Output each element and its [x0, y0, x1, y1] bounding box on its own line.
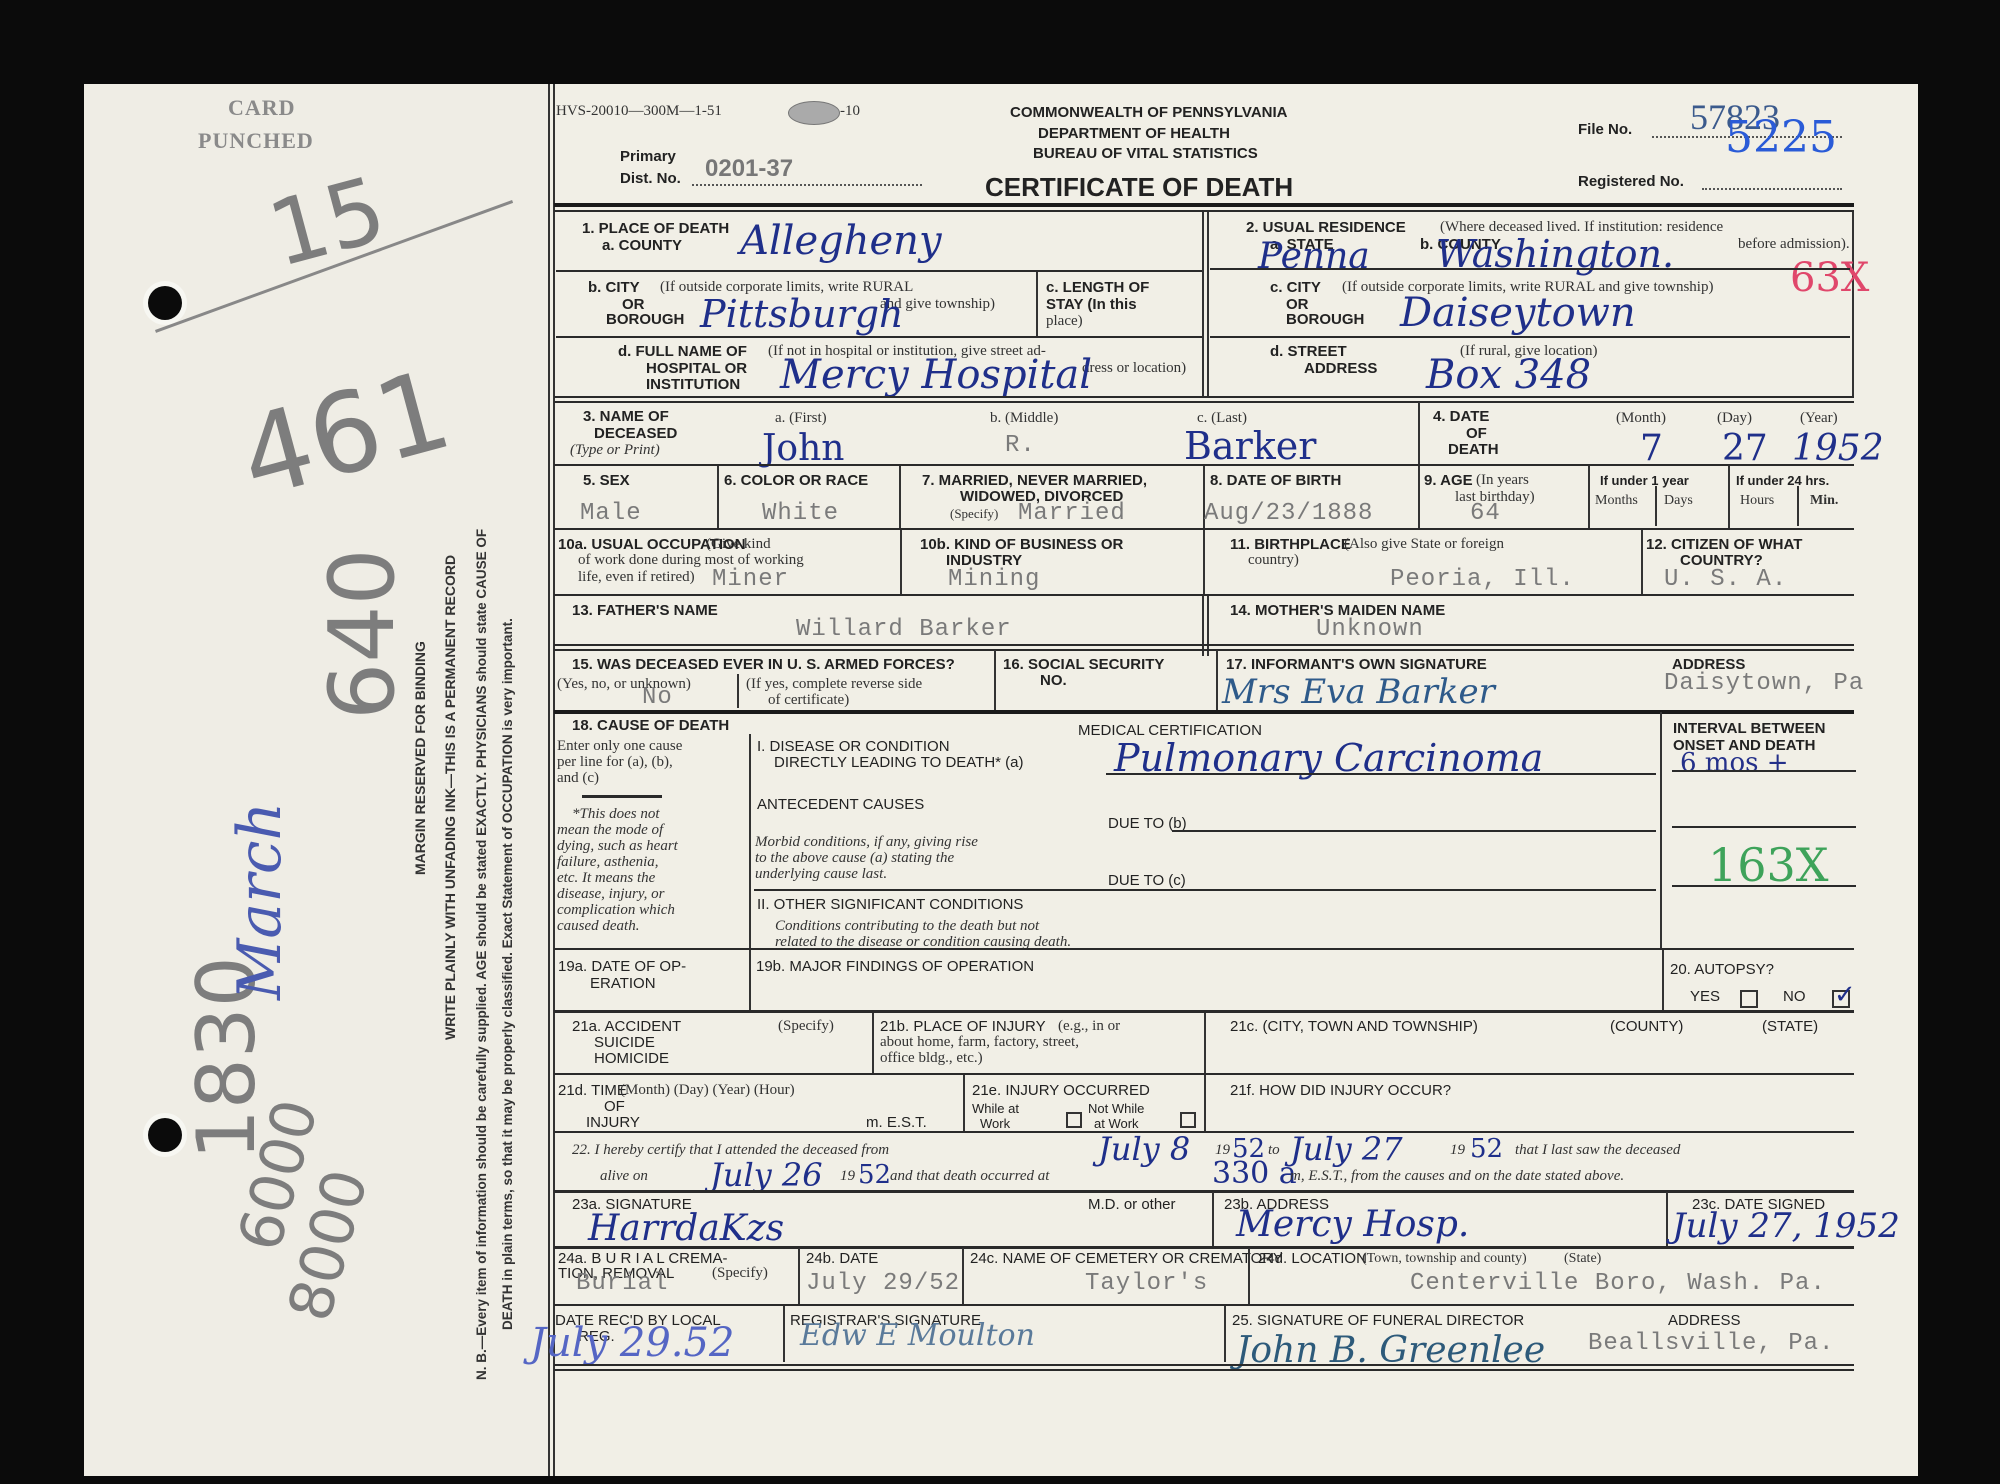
last-name-value[interactable]: Barker — [1184, 424, 1316, 468]
armed-forces-value[interactable]: No — [642, 684, 673, 711]
injury-not-at-work-checkbox[interactable] — [1180, 1112, 1196, 1128]
business-value[interactable]: Mining — [948, 566, 1040, 593]
mother-name-value[interactable]: Unknown — [1316, 616, 1424, 643]
last-seen-year[interactable]: 52 — [858, 1160, 891, 1190]
card-stamp-line1: CARD — [228, 95, 296, 121]
residence-state-value[interactable]: Penna — [1258, 236, 1370, 277]
attended-to-year[interactable]: 52 — [1470, 1134, 1503, 1164]
burial-location-value[interactable]: Centerville Boro, Wash. Pa. — [1410, 1270, 1826, 1297]
form-code: HVS-20010—300M—1-51 — [556, 103, 722, 120]
punch-hole-bottom — [148, 1118, 182, 1152]
file-no-label: File No. — [1578, 121, 1632, 138]
interval-a-value[interactable]: 6 mos + — [1680, 748, 1789, 778]
nb-notice-line2: DEATH in plain terms, so that it may be … — [500, 618, 515, 1330]
birth-date-value[interactable]: Aug/23/1888 — [1204, 500, 1373, 527]
injury-at-work-checkbox[interactable] — [1066, 1112, 1082, 1128]
funeral-director-address[interactable]: Beallsville, Pa. — [1588, 1330, 1834, 1357]
occupation-value[interactable]: Miner — [712, 566, 789, 593]
red-code: 63X — [1790, 255, 1869, 301]
nb-notice-line1: N. B.—Every item of information should b… — [474, 529, 489, 1380]
residence-street-value[interactable]: Box 348 — [1426, 352, 1591, 398]
last-seen-value[interactable]: July 26 — [710, 1156, 823, 1194]
form-border-left — [548, 84, 550, 1476]
death-city-value[interactable]: Pittsburgh — [700, 292, 904, 336]
residence-city-value[interactable]: Daiseytown — [1400, 290, 1636, 336]
physician-signature[interactable]: HarrdaKzs — [588, 1208, 784, 1249]
form-border-left-inner — [553, 84, 555, 1476]
blue-margin-note: March — [225, 802, 295, 1000]
death-time-value[interactable]: 330 a — [1212, 1156, 1297, 1191]
father-name-value[interactable]: Willard Barker — [796, 616, 1012, 643]
citizenship-value[interactable]: U. S. A. — [1664, 566, 1787, 593]
registered-no-label: Registered No. — [1578, 173, 1684, 190]
file-no-handwritten: 5225 — [1725, 112, 1837, 163]
header-line2: DEPARTMENT OF HEALTH — [1038, 125, 1230, 142]
autopsy-no-checkmark-icon: ✓ — [1834, 980, 1856, 1010]
race-value[interactable]: White — [762, 500, 839, 527]
header-line1: COMMONWEALTH OF PENNSYLVANIA — [1010, 104, 1288, 121]
registered-no-field[interactable] — [1702, 188, 1842, 190]
informant-address-value[interactable]: Daisytown, Pa — [1664, 670, 1864, 697]
disposition-value[interactable]: Burial — [576, 1270, 668, 1297]
death-county-value[interactable]: Allegheny — [740, 218, 942, 264]
date-signed-value[interactable]: July 27, 1952 — [1672, 1206, 1900, 1246]
primary-label: Primary — [620, 148, 676, 165]
attended-from-value[interactable]: July 8 — [1098, 1130, 1190, 1168]
city-label: b. CITY — [588, 279, 640, 296]
place-of-death-label: 1. PLACE OF DEATH — [582, 220, 729, 237]
death-month-value[interactable]: 7 — [1640, 428, 1663, 469]
union-suffix: -10 — [840, 103, 860, 120]
county-label: a. COUNTY — [602, 237, 682, 254]
birthplace-value[interactable]: Peoria, Ill. — [1390, 566, 1575, 593]
usual-residence-label: 2. USUAL RESIDENCE — [1246, 219, 1406, 236]
ink-notice: WRITE PLAINLY WITH UNFADING INK—THIS IS … — [442, 555, 458, 1040]
sex-value[interactable]: Male — [580, 500, 642, 527]
physician-address-value[interactable]: Mercy Hosp. — [1236, 1204, 1469, 1245]
binding-notice: MARGIN RESERVED FOR BINDING — [412, 641, 428, 875]
first-name-value[interactable]: John — [762, 428, 844, 469]
marital-value[interactable]: Married — [1018, 500, 1126, 527]
death-year-value[interactable]: 1952 — [1792, 428, 1884, 469]
attended-to-value[interactable]: July 27 — [1290, 1130, 1403, 1168]
punch-hole-top — [148, 286, 182, 320]
registrar-received-date[interactable]: July 29.52 — [530, 1320, 734, 1366]
middle-name-value[interactable]: R. — [1005, 432, 1036, 459]
hospital-value[interactable]: Mercy Hospital — [780, 352, 1092, 398]
cemetery-value[interactable]: Taylor's — [1085, 1270, 1208, 1297]
primary-dist-value: 0201-37 — [705, 160, 793, 177]
informant-signature[interactable]: Mrs Eva Barker — [1222, 672, 1495, 712]
page-title: CERTIFICATE OF DEATH — [985, 172, 1293, 202]
age-value[interactable]: 64 — [1470, 500, 1501, 527]
green-code: 163X — [1708, 838, 1829, 892]
header-line3: BUREAU OF VITAL STATISTICS — [1033, 145, 1258, 162]
dist-no-label: Dist. No. — [620, 170, 681, 187]
card-stamp-line2: PUNCHED — [198, 128, 314, 154]
death-day-value[interactable]: 27 — [1722, 428, 1768, 469]
autopsy-yes-checkbox[interactable] — [1740, 990, 1758, 1008]
registrar-signature[interactable]: Edw E Moulton — [800, 1318, 1035, 1353]
union-label-icon — [788, 101, 840, 125]
pencil-number-640: 640 — [310, 548, 415, 720]
burial-date-value[interactable]: July 29/52 — [806, 1270, 960, 1297]
